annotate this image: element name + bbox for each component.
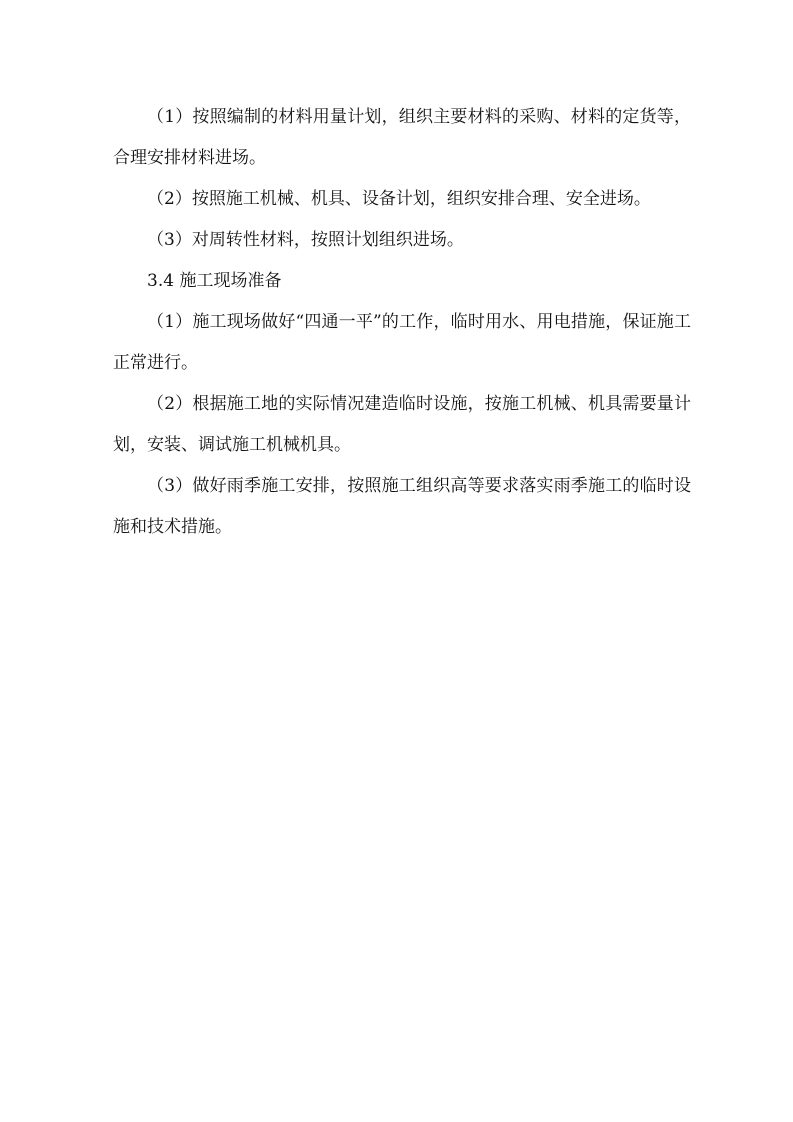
paragraph-rainy-season: （3）做好雨季施工安排，按照施工组织高等要求落实雨季施工的临时设施和技术措施。 (113, 466, 691, 548)
paragraph-machinery-plan: （2）按照施工机械、机具、设备计划，组织安排合理、安全进场。 (113, 179, 691, 220)
paragraph-site-four-links: （1）施工现场做好“四通一平”的工作，临时用水、用电措施，保证施工正常进行。 (113, 302, 691, 384)
paragraph-material-plan: （1）按照编制的材料用量计划，组织主要材料的采购、材料的定货等，合理安排材料进场… (113, 97, 691, 179)
section-heading: 3.4 施工现场准备 (113, 261, 691, 302)
document-page: （1）按照编制的材料用量计划，组织主要材料的采购、材料的定货等，合理安排材料进场… (113, 97, 691, 548)
paragraph-temporary-facilities: （2）根据施工地的实际情况建造临时设施，按施工机械、机具需要量计划，安装、调试施… (113, 384, 691, 466)
paragraph-turnover-materials: （3）对周转性材料，按照计划组织进场。 (113, 220, 691, 261)
